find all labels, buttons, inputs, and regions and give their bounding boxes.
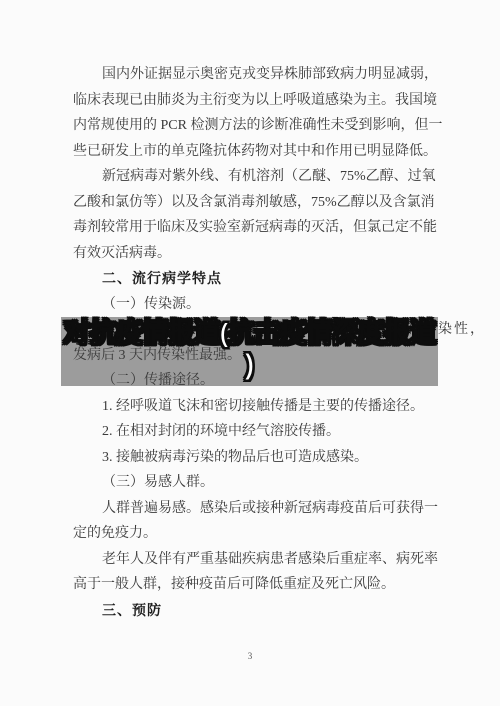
text-line: 临床表现已由肺炎为主衍变为以上呼吸道感染为主。我国境 xyxy=(73,88,428,114)
text-line: 传染源主要是新冠病毒感染者，在潜伏期即有传染性， xyxy=(73,317,484,343)
heading-line: 二、流行病学特点 xyxy=(73,266,428,292)
text-line: 高于一般人群，接种疫苗后可降低重症及死亡风险。 xyxy=(73,572,428,598)
document-body: 国内外证据显示奥密克戎变异株肺部致病力明显减弱，临床表现已由肺炎为主衍变为以上呼… xyxy=(73,62,428,623)
text-line: 国内外证据显示奥密克戎变异株肺部致病力明显减弱， xyxy=(73,62,428,88)
text-line: 乙酸和氯仿等）以及含氯消毒剂敏感，75%乙醇以及含氯消 xyxy=(73,190,428,216)
text-line: 3. 接触被病毒污染的物品后也可造成感染。 xyxy=(73,445,428,471)
text-line: 老年人及伴有严重基础疾病患者感染后重症率、病死率 xyxy=(73,547,428,573)
page-number: 3 xyxy=(0,651,500,661)
text-line: （二）传播途径。 xyxy=(73,368,428,394)
document-page: 国内外证据显示奥密克戎变异株肺部致病力明显减弱，临床表现已由肺炎为主衍变为以上呼… xyxy=(0,0,500,706)
text-line: 些已研发上市的单克隆抗体药物对其中和作用已明显降低。 xyxy=(73,139,428,165)
heading-line: 三、预防 xyxy=(73,598,428,624)
text-line: 发病后 3 天内传染性最强。 xyxy=(73,343,428,369)
text-line: 毒剂较常用于临床及实验室新冠病毒的灭活，但氯己定不能 xyxy=(73,215,428,241)
text-line: 定的免疫力。 xyxy=(73,521,428,547)
text-line: （一）传染源。 xyxy=(73,292,428,318)
text-line: （三）易感人群。 xyxy=(73,470,428,496)
text-line: 1. 经呼吸道飞沫和密切接触传播是主要的传播途径。 xyxy=(73,394,428,420)
text-line: 2. 在相对封闭的环境中经气溶胶传播。 xyxy=(73,419,428,445)
text-line: 内常规使用的 PCR 检测方法的诊断准确性未受到影响，但一 xyxy=(73,113,428,139)
text-line: 有效灭活病毒。 xyxy=(73,241,428,267)
text-line: 新冠病毒对紫外线、有机溶剂（乙醚、75%乙醇、过氧 xyxy=(73,164,428,190)
text-line: 人群普遍易感。感染后或接种新冠病毒疫苗后可获得一 xyxy=(73,496,428,522)
